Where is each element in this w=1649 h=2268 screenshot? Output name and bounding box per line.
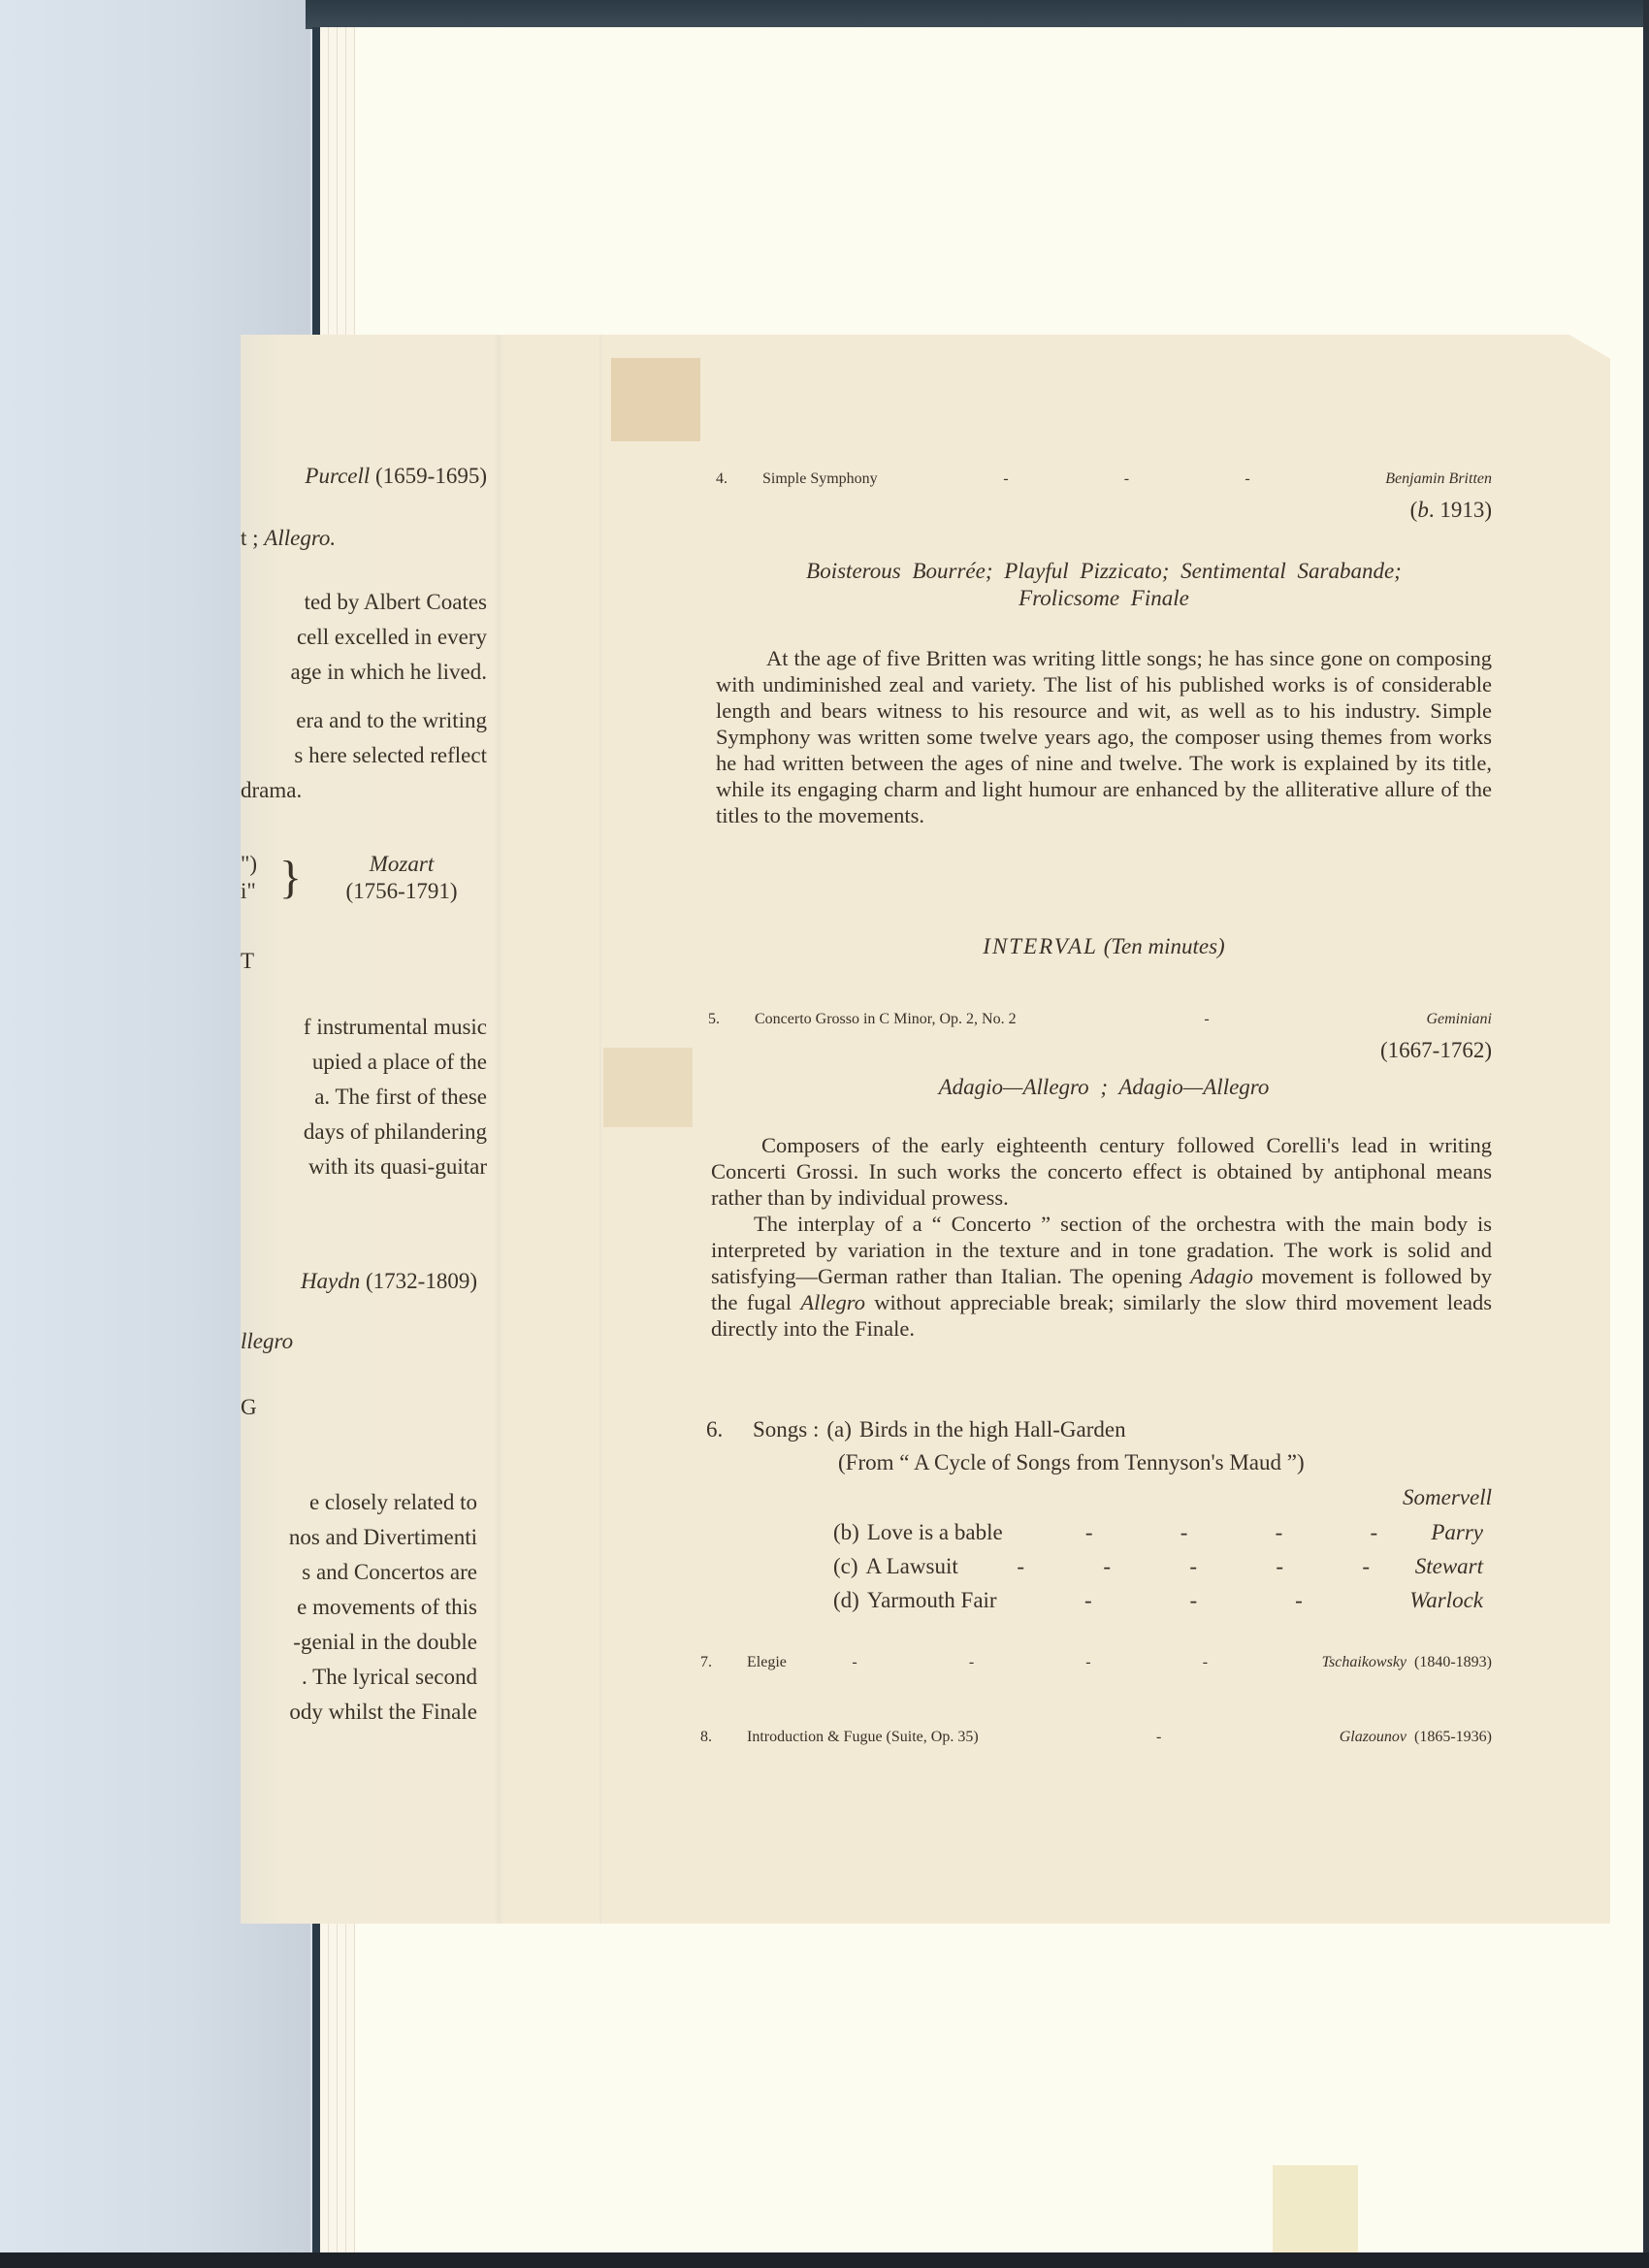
tape-residue (603, 1048, 693, 1127)
composer-name: Geminiani (1426, 1011, 1492, 1028)
composer-name: Haydn (301, 1269, 360, 1293)
composer-name: Benjamin Britten (1385, 470, 1492, 488)
composer-dates: (1840-1893) (1414, 1654, 1492, 1671)
movement-name: llegro (241, 1324, 495, 1359)
movements-line: Frolicsome Finale (716, 585, 1492, 612)
dash: - (1190, 1588, 1198, 1613)
text-line: days of philandering (241, 1115, 495, 1150)
fold-line (495, 335, 502, 1924)
song-item-b: (b) Love is a bable - - - - Parry (833, 1520, 1483, 1545)
text-line: e movements of this (241, 1590, 495, 1625)
left-page-paragraph: f instrumental music upied a place of th… (241, 1010, 495, 1184)
item-number: 7. (700, 1654, 747, 1671)
item-title: Introduction & Fugue (Suite, Op. 35) (747, 1729, 979, 1746)
text-line: . The lyrical second (241, 1660, 495, 1695)
dash: - (1204, 1011, 1209, 1028)
text-fragment: Allegro (800, 1290, 865, 1314)
composer-name: Tschaikowsky (1322, 1654, 1406, 1671)
tape-residue (1273, 2165, 1358, 2252)
leader-dashes: - - - - - (958, 1554, 1415, 1579)
text-line: ted by Albert Coates (241, 585, 495, 620)
song-letter: (c) (833, 1554, 858, 1579)
item-number: 6. (706, 1417, 753, 1442)
left-page-paragraph: ted by Albert Coates cell excelled in ev… (241, 585, 495, 690)
song-letter: (a) (826, 1417, 852, 1442)
left-page-heading: T (241, 944, 495, 979)
interval-notice: INTERVAL (Ten minutes) (716, 934, 1492, 959)
heading-fragment: T (241, 944, 495, 979)
movement-line: t ; Allegro. (241, 521, 495, 556)
text-line: s here selected reflect (241, 738, 495, 773)
brace-icon: } (279, 855, 308, 901)
text-line: with its quasi-guitar (241, 1150, 495, 1184)
composer-name: Warlock (1409, 1588, 1483, 1613)
leader-dashes: - - - - (787, 1654, 1322, 1671)
song-item-c: (c) A Lawsuit - - - - - Stewart (833, 1554, 1483, 1579)
text-line: ody whilst the Finale (241, 1695, 495, 1730)
text-line: nos and Divertimenti (241, 1520, 495, 1555)
item-number: 8. (700, 1729, 747, 1746)
item-title: Simple Symphony (762, 470, 878, 488)
composer-name: Somervell (1308, 1485, 1492, 1510)
composer-name: Glazounov (1340, 1729, 1406, 1746)
book-cover-edge (306, 0, 1649, 29)
interval-duration: (Ten minutes) (1104, 934, 1225, 958)
item-5-note: Composers of the early eighteenth centur… (711, 1132, 1492, 1342)
item-title: Concerto Grosso in C Minor, Op. 2, No. 2 (755, 1011, 1017, 1028)
brace-titles: ") i" (241, 851, 279, 905)
program-item-4: 4. Simple Symphony - - - Benjamin Britte… (716, 470, 1492, 488)
dash: - (1295, 1588, 1303, 1613)
dash: - (1189, 1554, 1197, 1579)
dash: - (1003, 470, 1008, 488)
dash: - (1084, 1588, 1092, 1613)
program-item-6: 6. Songs : (a) Birds in the high Hall-Ga… (706, 1417, 1126, 1442)
text-line: -genial in the double (241, 1625, 495, 1660)
program-item-7: 7. Elegie - - - - Tschaikowsky (1840-189… (700, 1654, 1492, 1671)
text-fragment: b (1417, 498, 1429, 522)
song-source: (From “ A Cycle of Songs from Tennyson's… (838, 1450, 1305, 1475)
composer-block: Mozart (1756-1791) (308, 851, 495, 905)
scanner-edge (1643, 0, 1649, 2268)
composer-name: Stewart (1415, 1554, 1483, 1579)
text-line: e closely related to (241, 1485, 495, 1520)
composer-dates: (1756-1791) (308, 878, 495, 905)
composer-dates: (1732-1809) (366, 1269, 477, 1293)
text-line: a. The first of these (241, 1080, 495, 1115)
movement-name: Allegro. (264, 526, 336, 550)
item-5-movements: Adagio—Allegro ; Adagio—Allegro (716, 1074, 1492, 1101)
interval-label: INTERVAL (983, 934, 1098, 958)
dash: - (852, 1654, 857, 1671)
item-number: 5. (708, 1011, 755, 1028)
composer-line: Haydn (1732-1809) (241, 1264, 495, 1299)
composer-line: Purcell (1659-1695) (241, 459, 495, 494)
composer-dates: (1865-1936) (1414, 1729, 1492, 1746)
song-title: Birds in the high Hall-Garden (859, 1417, 1126, 1442)
movements-line: Boisterous Bourrée; Playful Pizzicato; S… (716, 558, 1492, 585)
program-item-8: 8. Introduction & Fugue (Suite, Op. 35) … (700, 1729, 1492, 1746)
left-page-text: Purcell (1659-1695) (241, 459, 495, 494)
dash: - (1276, 1554, 1283, 1579)
dash: - (1085, 1520, 1093, 1545)
left-page-paragraph: era and to the writing s here selected r… (241, 703, 495, 808)
dash: - (1362, 1554, 1370, 1579)
text-fragment: i" (241, 878, 279, 905)
composer-name: Parry (1431, 1520, 1483, 1545)
dash: - (1017, 1554, 1024, 1579)
brace-row: ") i" } Mozart (1756-1791) (241, 851, 495, 905)
program-sheet: Purcell (1659-1695) t ; Allegro. ted by … (241, 335, 1610, 1924)
song-item-d: (d) Yarmouth Fair - - - Warlock (833, 1588, 1483, 1613)
song-letter: (d) (833, 1588, 859, 1613)
heading-fragment: G (241, 1390, 495, 1425)
text-line: drama. (241, 773, 495, 808)
text-fragment: Adagio (1190, 1264, 1253, 1288)
left-page-heading: G (241, 1390, 495, 1425)
dash: - (1156, 1729, 1161, 1746)
composer-name: Mozart (308, 851, 495, 878)
dash: - (1245, 470, 1249, 488)
text-fragment: t ; (241, 526, 259, 550)
text-fragment: ") (241, 851, 279, 878)
text-line: age in which he lived. (241, 655, 495, 690)
dash: - (1371, 1520, 1378, 1545)
item-label: Songs : (753, 1417, 819, 1442)
dash: - (1180, 1520, 1188, 1545)
composer-name: Purcell (305, 464, 370, 488)
movement-line: llegro (241, 1324, 495, 1359)
dash: - (1124, 470, 1129, 488)
composer-dates: (b. 1913) (1395, 498, 1492, 523)
scanner-edge (0, 2252, 1649, 2268)
leader-dashes: - - - - (1003, 1520, 1432, 1545)
fold-line (599, 335, 601, 1924)
song-title: A Lawsuit (866, 1554, 958, 1579)
text-line: f instrumental music (241, 1010, 495, 1045)
leader-dashes: - (1017, 1011, 1427, 1028)
composer-dates: (1659-1695) (375, 464, 487, 488)
dash: - (1276, 1520, 1283, 1545)
leader-dashes: - - - (878, 470, 1386, 488)
leader-dashes: - (979, 1729, 1340, 1746)
song-title: Yarmouth Fair (867, 1588, 997, 1613)
program-item-5: 5. Concerto Grosso in C Minor, Op. 2, No… (708, 1011, 1492, 1028)
tape-residue (611, 358, 700, 441)
text-line: s and Concertos are (241, 1555, 495, 1590)
song-letter: (b) (833, 1520, 859, 1545)
left-page-paragraph: e closely related to nos and Divertiment… (241, 1485, 495, 1730)
composer-dates: (1667-1762) (1346, 1038, 1492, 1063)
left-page-text: t ; Allegro. (241, 521, 495, 556)
item-title: Elegie (747, 1654, 787, 1671)
dash: - (969, 1654, 974, 1671)
item-number: 4. (716, 470, 762, 488)
note-paragraph: The interplay of a “ Concerto ” section … (711, 1211, 1492, 1342)
text-line: cell excelled in every (241, 620, 495, 655)
item-4-note: At the age of five Britten was writing l… (716, 645, 1492, 828)
dash: - (1203, 1654, 1208, 1671)
text-line: era and to the writing (241, 703, 495, 738)
composer-name: Somervell (1403, 1485, 1492, 1510)
composer-brace-group: ") i" } Mozart (1756-1791) (241, 851, 495, 905)
dash: - (1085, 1654, 1090, 1671)
text-line: upied a place of the (241, 1045, 495, 1080)
dash: - (1103, 1554, 1111, 1579)
item-4-movements: Boisterous Bourrée; Playful Pizzicato; S… (716, 558, 1492, 612)
song-title: Love is a bable (867, 1520, 1003, 1545)
text-fragment: . 1913) (1429, 498, 1492, 522)
note-paragraph: Composers of the early eighteenth centur… (711, 1132, 1492, 1211)
leader-dashes: - - - (997, 1588, 1410, 1613)
